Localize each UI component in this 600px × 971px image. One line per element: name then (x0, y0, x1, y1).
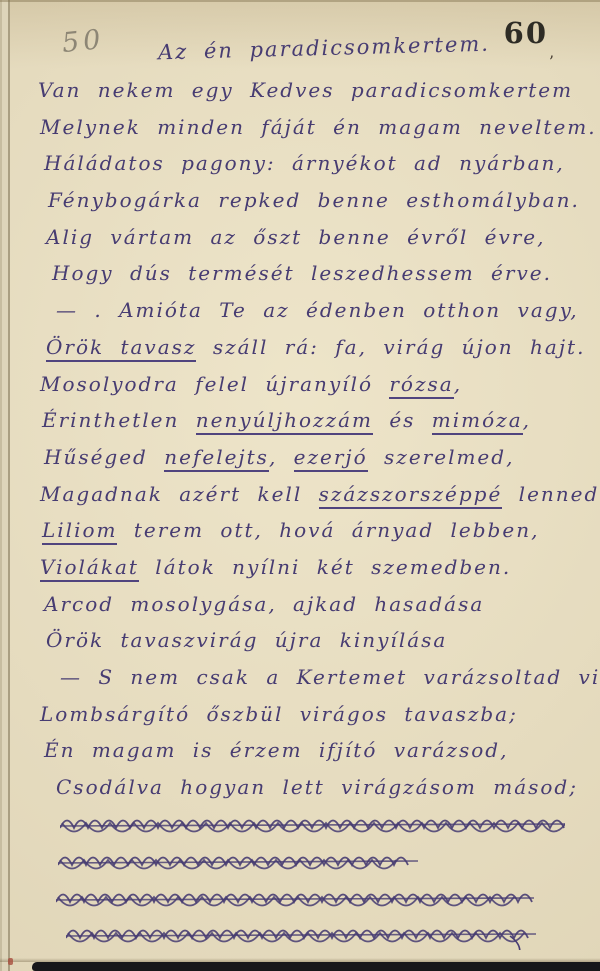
scribble-strikethrough (60, 810, 565, 840)
poem-line: Érinthetlen nenyúljhozzám és mimóza, (42, 402, 600, 439)
poem-line: Alig vártam az őszt benne évről évre, (46, 219, 600, 256)
text-segment: lenned. (502, 482, 600, 506)
poem-line: Háládatos pagony: árnyékot ad nyárban, (44, 145, 600, 182)
underlined-word: százszorszéppé (319, 482, 503, 509)
text-segment: Lombsárgító őszbül virágos tavaszba; (40, 702, 518, 726)
text-segment: Hogy dús termését leszedhessem érve. (52, 261, 552, 285)
page-edge-top (0, 0, 600, 2)
poem-line: Magadnak azért kell százszorszéppé lenne… (40, 476, 600, 513)
underlined-word: rózsa (389, 372, 453, 399)
text-segment: Örök tavaszvirág újra kinyílása (46, 628, 447, 652)
crossed-out-line (58, 842, 600, 879)
text-segment: Magadnak azért kell (40, 482, 319, 506)
text-segment: Alig vártam az őszt benne évről évre, (46, 225, 546, 249)
text-segment: Van nekem egy Kedves paradicsomkertem (38, 78, 573, 102)
crossed-out-line (66, 916, 600, 953)
page-edge-left (0, 0, 10, 971)
poem-line: Violákat látok nyílni két szemedben. (40, 549, 600, 586)
page-number: 60 (504, 16, 548, 50)
text-segment: — . Amióta Te az édenben otthon vagy, (56, 298, 579, 322)
poem-line: Fénybogárka repked benne esthomályban. (48, 182, 600, 219)
text-segment: Háládatos pagony: árnyékot ad nyárban, (44, 151, 565, 175)
text-segment: Mosolyodra felel újranyíló (40, 372, 389, 396)
text-segment: Fénybogárka repked benne esthomályban. (48, 188, 580, 212)
poem-line: Melynek minden fáját én magam neveltem. (40, 109, 600, 146)
underlined-word: Örök tavasz (46, 335, 196, 362)
text-segment: Érinthetlen (42, 408, 196, 432)
poem-line: Arcod mosolygása, ajkad hasadása (44, 586, 600, 623)
text-segment: száll rá: fa, virág újon hajt. (196, 335, 585, 359)
text-segment: és (373, 408, 432, 432)
text-segment: , (523, 408, 531, 432)
ink-mark: ’ (549, 52, 554, 71)
poem-line: Mosolyodra felel újranyíló rózsa, (40, 366, 600, 403)
text-segment: Csodálva hogyan lett virágzásom másod; (56, 775, 578, 799)
poem-line: Van nekem egy Kedves paradicsomkertem (38, 72, 600, 109)
poem-line: Csodálva hogyan lett virágzásom másod; (56, 769, 600, 806)
poem-line: Örök tavaszvirág újra kinyílása (46, 622, 600, 659)
scribble-strikethrough (56, 884, 534, 914)
text-segment: szerelmed, (368, 445, 515, 469)
text-segment: Én magam is érzem ifjító varázsod, (44, 738, 508, 762)
scan-background-strip (32, 962, 600, 971)
underlined-word: mimóza (432, 408, 523, 435)
crossed-out-line (56, 879, 600, 916)
poem-title: Az én paradicsomkertem. (158, 32, 490, 65)
scribble-strikethrough (58, 847, 418, 877)
manuscript-page: 50 60 ’ Az én paradicsomkertem. Van neke… (0, 0, 600, 971)
underlined-word: Liliom (42, 518, 117, 545)
text-segment: látok nyílni két szemedben. (139, 555, 511, 579)
text-segment: terem ott, hová árnyad lebben, (117, 518, 539, 542)
page-edge-line (0, 0, 2, 971)
text-segment: , (269, 445, 294, 469)
text-segment: , (454, 372, 462, 396)
poem-line: — . Amióta Te az édenben otthon vagy, (56, 292, 600, 329)
underlined-word: ezerjó (294, 445, 368, 472)
text-segment: Arcod mosolygása, ajkad hasadása (44, 592, 484, 616)
poem-body: Van nekem egy Kedves paradicsomkertemMel… (38, 72, 600, 953)
underlined-word: nenyúljhozzám (196, 408, 373, 435)
red-mark (8, 958, 13, 965)
crossed-out-line (60, 806, 600, 843)
poem-line: Hűséged nefelejts, ezerjó szerelmed, (44, 439, 600, 476)
text-segment: Melynek minden fáját én magam neveltem. (40, 115, 597, 139)
poem-line: — S nem csak a Kertemet varázsoltad viss… (60, 659, 600, 696)
pencil-folio-number: 50 (60, 24, 105, 59)
poem-line: Hogy dús termését leszedhessem érve. (52, 255, 600, 292)
poem-line: Én magam is érzem ifjító varázsod, (44, 732, 600, 769)
poem-line: Örök tavasz száll rá: fa, virág újon haj… (46, 329, 600, 366)
underlined-word: Violákat (40, 555, 139, 582)
text-segment: — S nem csak a Kertemet varázsoltad viss… (60, 665, 600, 689)
underlined-word: nefelejts (164, 445, 269, 472)
poem-line: Lombsárgító őszbül virágos tavaszba; (40, 696, 600, 733)
text-segment: Hűséged (44, 445, 164, 469)
poem-line: Liliom terem ott, hová árnyad lebben, (42, 512, 600, 549)
scribble-strikethrough (66, 920, 536, 950)
